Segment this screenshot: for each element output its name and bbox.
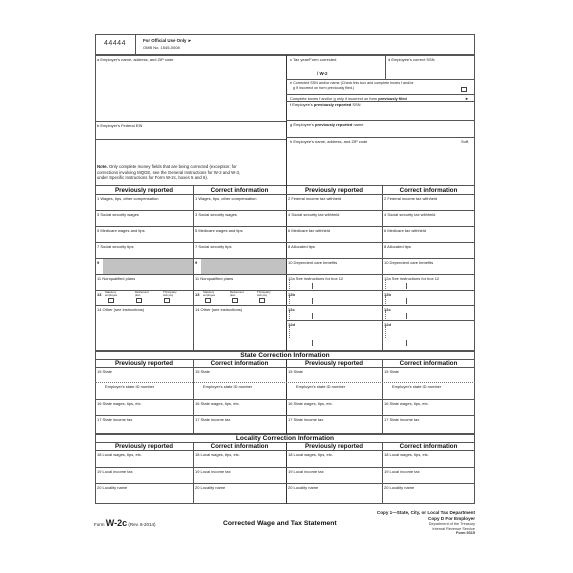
- state-row-label: 16 State wages, tips, etc.: [384, 401, 429, 406]
- locality-row-label: 18 Local wages, tips, etc.: [384, 452, 429, 457]
- money-field-corr[interactable]: [194, 202, 285, 210]
- box-14-field-corr[interactable]: [194, 313, 285, 349]
- complete-note-text: Complete boxes f and/or g only if incorr…: [290, 96, 378, 101]
- form-label: Form: [94, 522, 105, 527]
- box-right-prev-label: 8 Allocated tips: [288, 244, 315, 249]
- money-field-corr[interactable]: [194, 250, 285, 258]
- money-field-prev[interactable]: [96, 250, 192, 258]
- state-row-label: Employer's state ID number: [105, 384, 154, 389]
- state-prev-header-2: Previously reported: [286, 360, 382, 367]
- state-row-label: 17 State income tax: [288, 417, 323, 422]
- box-right-prev-label: 4 Social security tax withheld: [288, 212, 339, 217]
- locality-row-label: 19 Local income tax: [97, 469, 133, 474]
- locality-field[interactable]: [194, 491, 286, 500]
- state-row-label: 15 State: [97, 369, 112, 374]
- state-field[interactable]: [287, 423, 379, 431]
- box-h-suff: Suff.: [461, 139, 469, 144]
- locality-row-label: 19 Local income tax: [195, 469, 231, 474]
- state-field[interactable]: [194, 390, 286, 398]
- state-row-label: Employer's state ID number: [296, 384, 345, 389]
- form-revision: (Rev. 8-2014): [128, 522, 155, 527]
- note-text: Note. Only complete money fields that ar…: [97, 164, 240, 181]
- box-14-label-prev: 14 Other (see instructions): [97, 307, 144, 312]
- state-prev-header-1: Previously reported: [95, 360, 193, 367]
- state-field[interactable]: [383, 390, 475, 398]
- complete-note-bold: previously filed: [378, 96, 407, 101]
- state-field[interactable]: [287, 407, 379, 415]
- box-12a-label-corr: 12a See instructions for box 12: [384, 276, 439, 281]
- previous-name-field[interactable]: [287, 128, 473, 136]
- locality-field[interactable]: [194, 475, 286, 484]
- locality-field[interactable]: [96, 491, 188, 500]
- retirement-checkbox-corr[interactable]: [232, 298, 238, 303]
- state-field[interactable]: [194, 375, 286, 383]
- state-field[interactable]: [194, 423, 286, 431]
- third-party-checkbox-corr[interactable]: [259, 298, 265, 303]
- statutory-label-corr: Statutory employee: [203, 291, 223, 297]
- money-field-prev[interactable]: [288, 218, 381, 226]
- state-field[interactable]: [383, 423, 475, 431]
- state-row-label: 17 State income tax: [97, 417, 132, 422]
- note-line-3: under Specific Instructions for Form W-2…: [97, 175, 208, 180]
- box-12a-field-corr[interactable]: [386, 281, 474, 289]
- locality-field[interactable]: [383, 475, 475, 484]
- state-field[interactable]: [96, 390, 188, 398]
- third-party-label-corr: Third-party sick pay: [257, 291, 275, 297]
- previous-ssn-field[interactable]: [287, 108, 473, 118]
- money-field-corr[interactable]: [384, 266, 474, 274]
- money-field-corr[interactable]: [194, 218, 285, 226]
- box-9-shaded: [103, 259, 193, 274]
- state-field[interactable]: [383, 407, 475, 415]
- money-field-prev[interactable]: [96, 218, 192, 226]
- state-field[interactable]: [96, 375, 188, 383]
- note-line-1: Only complete money fields that are bein…: [108, 164, 237, 169]
- box-14-field-prev[interactable]: [96, 313, 192, 349]
- state-field[interactable]: [287, 390, 379, 398]
- box-c-value: / W-2: [317, 71, 327, 76]
- state-row-label: 16 State wages, tips, etc.: [97, 401, 142, 406]
- state-row-label: 15 State: [288, 369, 303, 374]
- box-d-label: d Employee's correct SSN: [388, 57, 435, 62]
- box-13-label: 13: [97, 292, 101, 297]
- money-field-prev[interactable]: [288, 250, 381, 258]
- box-12a-label-prev: 12a See instructions for box 12: [288, 276, 343, 281]
- official-use-label: For Official Use Only ►: [143, 38, 192, 43]
- locality-row-label: 19 Local income tax: [288, 469, 324, 474]
- locality-field[interactable]: [287, 491, 379, 500]
- locality-corr-header-1: Correct information: [193, 443, 286, 450]
- omb-number: OMB No. 1545-0008: [143, 45, 180, 50]
- money-field-prev[interactable]: [288, 234, 381, 242]
- box-right-prev-label: 10 Dependent care benefits: [288, 260, 337, 265]
- locality-row-label: 18 Local wages, tips, etc.: [288, 452, 333, 457]
- copy-1-label: Copy 1—State, City, or Local Tax Departm…: [275, 510, 475, 515]
- statutory-checkbox-corr[interactable]: [205, 298, 211, 303]
- money-field-prev[interactable]: [96, 282, 192, 290]
- statutory-label: Statutory employee: [105, 291, 125, 297]
- state-field[interactable]: [194, 407, 286, 415]
- locality-field[interactable]: [194, 458, 286, 467]
- box-c-label: c Tax year/Form corrected: [290, 57, 336, 62]
- money-field-corr[interactable]: [384, 202, 474, 210]
- locality-field[interactable]: [96, 475, 188, 484]
- state-field[interactable]: [383, 375, 475, 383]
- box-right-corr-label: 8 Allocated tips: [384, 244, 411, 249]
- box-right-corr-label: 4 Social security tax withheld: [384, 212, 435, 217]
- left-col-corr-header: Correct information: [193, 187, 286, 194]
- locality-corr-header-2: Correct information: [382, 443, 475, 450]
- retirement-label: Retirement plan: [135, 291, 151, 297]
- state-row-label: 15 State: [384, 369, 399, 374]
- money-field-prev[interactable]: [96, 234, 192, 242]
- locality-row-label: 20 Locality name: [195, 485, 225, 490]
- state-field[interactable]: [96, 407, 188, 415]
- right-col-corr-header: Correct information: [382, 187, 475, 194]
- locality-row-label: 19 Local income tax: [384, 469, 420, 474]
- state-corr-header-1: Correct information: [193, 360, 286, 367]
- third-party-label: Third-party sick pay: [163, 291, 181, 297]
- box-a-label: a Employer's name, address, and ZIP code: [97, 57, 174, 62]
- box-f-text: f Employee's: [290, 102, 314, 107]
- box-left-corr-label: 9: [195, 260, 197, 265]
- complete-boxes-note: Complete boxes f and/or g only if incorr…: [290, 96, 407, 101]
- money-field-corr[interactable]: [384, 234, 474, 242]
- state-field[interactable]: [287, 375, 379, 383]
- box-left-prev-label: 11 Nonqualified plans: [97, 276, 135, 281]
- money-field-corr[interactable]: [194, 234, 285, 242]
- employee-ssn-field[interactable]: [387, 63, 473, 77]
- form-name-w2c: W-2c: [106, 518, 127, 528]
- box-12a-field-prev[interactable]: [290, 281, 381, 289]
- locality-row-label: 20 Locality name: [384, 485, 414, 490]
- locality-field[interactable]: [96, 458, 188, 467]
- locality-row-label: 20 Locality name: [97, 485, 127, 490]
- box-left-corr-label: 1 Wages, tips, other compensation: [195, 196, 256, 201]
- box-left-prev-label: 1 Wages, tips, other compensation: [97, 196, 158, 201]
- box-left-corr-label: 3 Social security wages: [195, 212, 237, 217]
- box-left-prev-label: 5 Medicare wages and tips: [97, 228, 145, 233]
- locality-row-label: 20 Locality name: [288, 485, 318, 490]
- box-g-bold: previously reported: [315, 122, 352, 127]
- locality-row-label: 18 Local wages, tips, etc.: [97, 452, 142, 457]
- state-row-label: 17 State income tax: [195, 417, 230, 422]
- money-field-corr[interactable]: [194, 282, 285, 290]
- box-e-checkbox[interactable]: [461, 87, 467, 92]
- state-row-label: 17 State income tax: [384, 417, 419, 422]
- box-g-text: g Employee's: [290, 122, 315, 127]
- locality-field[interactable]: [287, 475, 379, 484]
- state-field[interactable]: [96, 423, 188, 431]
- money-field-prev[interactable]: [96, 202, 192, 210]
- locality-row-label: 18 Local wages, tips, etc.: [195, 452, 240, 457]
- money-field-prev[interactable]: [288, 266, 381, 274]
- box-9-shaded-corr: [201, 259, 286, 274]
- box-g-post: name: [352, 122, 363, 127]
- control-number: 44444: [104, 40, 126, 47]
- retirement-label-corr: Retirement plan: [230, 291, 246, 297]
- locality-section-title: Locality Correction Information: [95, 435, 475, 442]
- box-f-label: f Employee's previously reported SSN: [290, 102, 361, 107]
- box-right-corr-label: 2 Federal income tax withheld: [384, 196, 437, 201]
- box-g-label: g Employee's previously reported name: [290, 122, 363, 127]
- box-right-corr-label: 10 Dependent care benefits: [384, 260, 433, 265]
- employer-ein-field[interactable]: [96, 129, 284, 137]
- locality-field[interactable]: [287, 458, 379, 467]
- money-field-corr[interactable]: [384, 250, 474, 258]
- form-title: Corrected Wage and Tax Statement: [223, 520, 337, 527]
- state-corr-header-2: Correct information: [382, 360, 475, 367]
- box-left-prev-label: 3 Social security wages: [97, 212, 139, 217]
- box-b-label: b Employer's Federal EIN: [97, 123, 142, 128]
- box-f-bold: previously reported: [314, 102, 351, 107]
- box-left-prev-label: 7 Social security tips: [97, 244, 133, 249]
- note-bold: Note.: [97, 164, 108, 169]
- money-field-prev[interactable]: [288, 202, 381, 210]
- locality-prev-header-1: Previously reported: [95, 443, 193, 450]
- box-left-corr-label: 7 Social security tips: [195, 244, 231, 249]
- state-row-label: 15 State: [195, 369, 210, 374]
- box-right-corr-label: 6 Medicare tax withheld: [384, 228, 426, 233]
- box-left-corr-label: 11 Nonqualified plans: [195, 276, 233, 281]
- box-left-corr-label: 5 Medicare wages and tips: [195, 228, 243, 233]
- locality-prev-header-2: Previously reported: [286, 443, 382, 450]
- state-section-title: State Correction Information: [95, 352, 475, 359]
- box-left-prev-label: 9: [97, 260, 99, 265]
- state-row-label: Employer's state ID number: [203, 384, 252, 389]
- employer-address-field[interactable]: [96, 63, 284, 119]
- box-14-label-corr: 14 Other (see instructions): [195, 307, 242, 312]
- box-right-prev-label: 2 Federal income tax withheld: [288, 196, 341, 201]
- box-13-label-corr: 13: [195, 292, 199, 297]
- box-h-label: h Employee's name, address, and ZIP code: [290, 139, 367, 144]
- form-name: Form W-2c (Rev. 8-2014): [94, 518, 156, 528]
- box-e-line2: g if incorrect on form previously filed.…: [293, 86, 354, 91]
- arrow-right-icon: ►: [465, 96, 469, 101]
- form-number: Form 5315: [375, 531, 475, 536]
- state-row-label: 16 State wages, tips, etc.: [195, 401, 240, 406]
- retirement-checkbox-prev[interactable]: [136, 298, 142, 303]
- left-col-prev-header: Previously reported: [95, 187, 193, 194]
- right-col-prev-header: Previously reported: [286, 187, 382, 194]
- box-right-prev-label: 6 Medicare tax withheld: [288, 228, 330, 233]
- statutory-checkbox-prev[interactable]: [108, 298, 114, 303]
- state-row-label: Employer's state ID number: [392, 384, 441, 389]
- locality-field[interactable]: [383, 458, 475, 467]
- state-row-label: 16 State wages, tips, etc.: [288, 401, 333, 406]
- money-field-corr[interactable]: [384, 218, 474, 226]
- box-f-post: SSN: [351, 102, 360, 107]
- note-line-2: corrections involving MQGE, see the Gene…: [97, 170, 240, 175]
- locality-field[interactable]: [383, 491, 475, 500]
- third-party-checkbox-prev[interactable]: [164, 298, 170, 303]
